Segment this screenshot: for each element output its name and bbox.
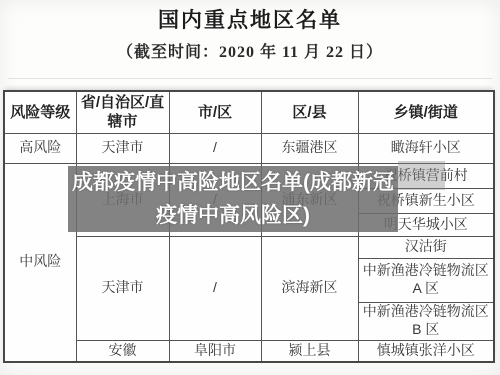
province-cell-anhui: 安徽 [76, 340, 169, 362]
district-cell-pudong: 浦东新区 [261, 163, 358, 236]
table-row: 安徽 阜阳市 颍上县 慎城镇张洋小区 [4, 340, 494, 362]
city-cell-shanghai: / [169, 163, 261, 236]
table-row: 天津市 / 滨海新区 汉沽街 [4, 236, 494, 258]
district-cell-yingshang: 颍上县 [261, 340, 358, 362]
city-cell-fuyang: 阜阳市 [169, 340, 261, 362]
city-cell-tianjin-high: / [169, 133, 261, 163]
street-cell-yingqian: 祝桥镇营前村 [358, 163, 494, 188]
header-cell-city: 市/区 [169, 91, 261, 133]
street-cell-zhangyang: 慎城镇张洋小区 [358, 340, 494, 362]
street-cell-mingtianhuacheng: 明天华城小区 [358, 213, 494, 236]
district-cell-dongjiang: 东疆港区 [261, 133, 358, 163]
risk-high-cell: 高风险 [4, 133, 76, 163]
city-cell-tianjin-mid: / [169, 236, 261, 340]
risk-area-table: 风险等级 省/自治区/直辖市 市/区 区/县 乡镇/街道 高风险 天津市 / 东… [3, 90, 495, 363]
street-cell-coldchain-a: 中新渔港冷链物流区 A 区 [358, 258, 494, 302]
table-row: 中风险 上海市 / 浦东新区 祝桥镇营前村 [4, 163, 494, 188]
street-cell-kanhaixuan: 瞰海轩小区 [358, 133, 494, 163]
province-cell-shanghai: 上海市 [76, 163, 169, 236]
table-header-row: 风险等级 省/自治区/直辖市 市/区 区/县 乡镇/街道 [4, 91, 494, 133]
header-cell-district: 区/县 [261, 91, 358, 133]
street-cell-xinsheng: 祝桥镇新生小区 [358, 188, 494, 213]
table-row: 高风险 天津市 / 东疆港区 瞰海轩小区 [4, 133, 494, 163]
header-cell-street: 乡镇/街道 [358, 91, 494, 133]
page-title: 国内重点地区名单 [0, 4, 500, 34]
street-cell-coldchain-b: 中新渔港冷链物流区 B 区 [358, 302, 494, 340]
photo-fold-line [8, 78, 492, 79]
header-cell-province: 省/自治区/直辖市 [76, 91, 169, 133]
risk-medium-cell: 中风险 [4, 163, 76, 362]
page-subtitle: （截至时间：2020 年 11 月 22 日） [0, 39, 500, 62]
district-cell-binhai: 滨海新区 [261, 236, 358, 340]
street-cell-hangu: 汉沽街 [358, 236, 494, 258]
header-cell-risk-level: 风险等级 [4, 91, 76, 133]
document-page: 国内重点地区名单 （截至时间：2020 年 11 月 22 日） 风险等级 省/… [0, 0, 500, 375]
province-cell-tianjin-high: 天津市 [76, 133, 169, 163]
province-cell-tianjin-mid: 天津市 [76, 236, 169, 340]
